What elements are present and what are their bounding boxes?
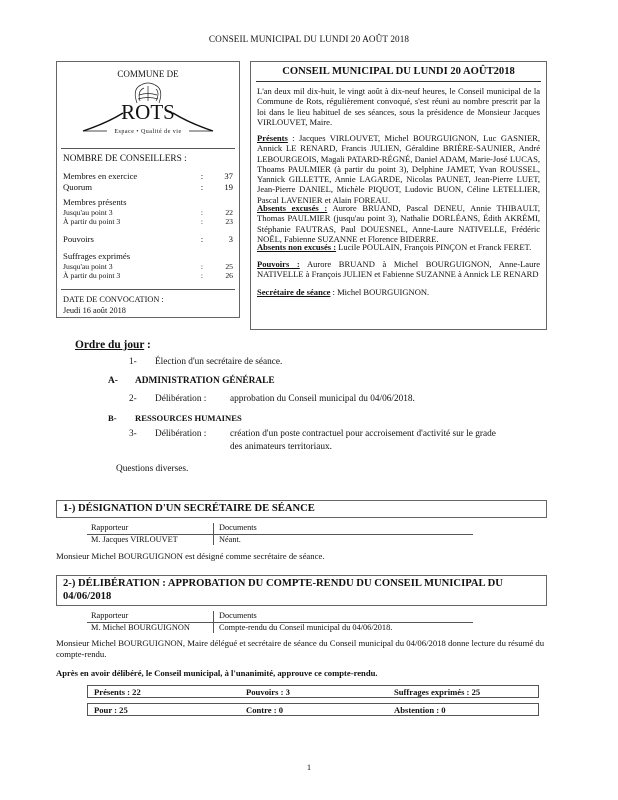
- count-presents-avant: Jusqu'au point 3 : 22: [63, 208, 233, 217]
- agenda-item-3-kind: Délibération :: [155, 429, 206, 439]
- svg-text:Espace • Qualité de vie: Espace • Qualité de vie: [114, 129, 181, 135]
- agenda-item-1-text: Élection d'un secrétaire de séance.: [155, 357, 282, 367]
- section-2-decision: Après en avoir délibéré, le Conseil muni…: [56, 668, 548, 678]
- agenda-section-a-title: ADMINISTRATION GÉNÉRALE: [135, 376, 275, 386]
- section-1-header: 1-) DÉSIGNATION D'UN SECRÉTAIRE DE SÉANC…: [56, 500, 547, 518]
- table-header-row: Rapporteur Documents: [87, 523, 473, 534]
- section-2-text: Monsieur Michel BOURGUIGNON, Maire délég…: [56, 638, 548, 659]
- summary-title: CONSEIL MUNICIPAL DU LUNDI 20 AOÛT2018: [251, 66, 546, 77]
- convocation-date: Jeudi 16 août 2018: [63, 306, 126, 315]
- agenda-item-2-text: approbation du Conseil municipal du 04/0…: [230, 394, 415, 404]
- rots-logo-icon: ROTS Espace • Qualité de vie: [77, 81, 219, 135]
- vote-summary-row-2: Pour : 25 Contre : 0 Abstention : 0: [87, 703, 539, 716]
- suffrages-label: Suffrages exprimés: [63, 251, 130, 261]
- count-quorum: Quorum : 19: [63, 182, 233, 192]
- agenda-misc: Questions diverses.: [116, 464, 188, 474]
- agenda-section-a-letter: A-: [108, 376, 118, 386]
- pouvoirs-count: Pouvoirs : 3: [246, 687, 394, 697]
- agenda-item-3-text-line2: des animateurs territoriaux.: [230, 442, 332, 452]
- counts-title: NOMBRE DE CONSEILLERS :: [63, 154, 187, 164]
- secretaire-paragraph: Secrétaire de séance : Michel BOURGUIGNO…: [257, 287, 540, 297]
- pouvoirs-paragraph: Pouvoirs : Aurore BRUAND à Michel BOURGU…: [257, 259, 540, 280]
- agenda-item-3-num: 3-: [129, 429, 137, 439]
- agenda-item-2-kind: Délibération :: [155, 394, 206, 404]
- divider: [61, 289, 235, 290]
- count-presents-apres: À partir du point 3 : 23: [63, 217, 233, 226]
- divider: [256, 81, 541, 82]
- section-1-text: Monsieur Michel BOURGUIGNON est désigné …: [56, 551, 548, 562]
- count-pouvoirs: Pouvoirs : 3: [63, 234, 233, 244]
- section-2-rapporteur-table: Rapporteur Documents M. Michel BOURGUIGN…: [87, 611, 473, 633]
- vote-summary-row-1: Présents : 22 Pouvoirs : 3 Suffrages exp…: [87, 685, 539, 698]
- page-number: 1: [0, 762, 618, 772]
- contre-count: Contre : 0: [246, 705, 394, 715]
- session-summary-box: CONSEIL MUNICIPAL DU LUNDI 20 AOÛT2018 L…: [250, 61, 547, 330]
- svg-text:ROTS: ROTS: [121, 100, 175, 124]
- excuses-paragraph: Absents excusés : Aurore BRUAND, Pascal …: [257, 203, 540, 244]
- commune-label: COMMUNE DE: [57, 69, 239, 79]
- summary-intro: L'an deux mil dix-huit, le vingt août à …: [257, 86, 540, 127]
- count-suffrages-apres: À partir du point 3 : 26: [63, 271, 233, 280]
- agenda-item-2-num: 2-: [129, 394, 137, 404]
- table-row: M. Jacques VIRLOUVET Néant.: [87, 535, 473, 546]
- divider: [61, 148, 235, 149]
- membres-presents-label: Membres présents: [63, 197, 126, 207]
- table-header-row: Rapporteur Documents: [87, 611, 473, 622]
- agenda-section-b-letter: B-: [108, 413, 117, 423]
- count-suffrages-avant: Jusqu'au point 3 : 25: [63, 262, 233, 271]
- commune-info-box: COMMUNE DE ROTS Espace • Qualité de vie …: [56, 61, 240, 318]
- agenda-section-b-title: RESSOURCES HUMAINES: [135, 413, 242, 423]
- table-row: M. Michel BOURGUIGNON Compte-rendu du Co…: [87, 623, 473, 634]
- agenda-item-3-text-line1: création d'un poste contractuel pour acc…: [230, 429, 496, 439]
- page-header: CONSEIL MUNICIPAL DU LUNDI 20 AOÛT 2018: [0, 34, 618, 44]
- pour-count: Pour : 25: [88, 705, 246, 715]
- agenda-title: Ordre du jour :: [75, 339, 151, 351]
- agenda-item-1-num: 1-: [129, 357, 137, 367]
- abstention-count: Abstention : 0: [394, 705, 538, 715]
- section-1-rapporteur-table: Rapporteur Documents M. Jacques VIRLOUVE…: [87, 523, 473, 545]
- presents-paragraph: Présents : Jacques VIRLOUVET, Michel BOU…: [257, 133, 540, 205]
- presents-count: Présents : 22: [88, 687, 246, 697]
- convocation-title: DATE DE CONVOCATION :: [63, 295, 164, 304]
- suffrages-count: Suffrages exprimés : 25: [394, 687, 538, 697]
- non-excuses-paragraph: Absents non excusés : Lucile POULAIN, Fr…: [257, 242, 540, 252]
- count-membres-exercice: Membres en exercice : 37: [63, 171, 233, 181]
- section-2-header: 2-) DÉLIBÉRATION : APPROBATION DU COMPTE…: [56, 575, 547, 606]
